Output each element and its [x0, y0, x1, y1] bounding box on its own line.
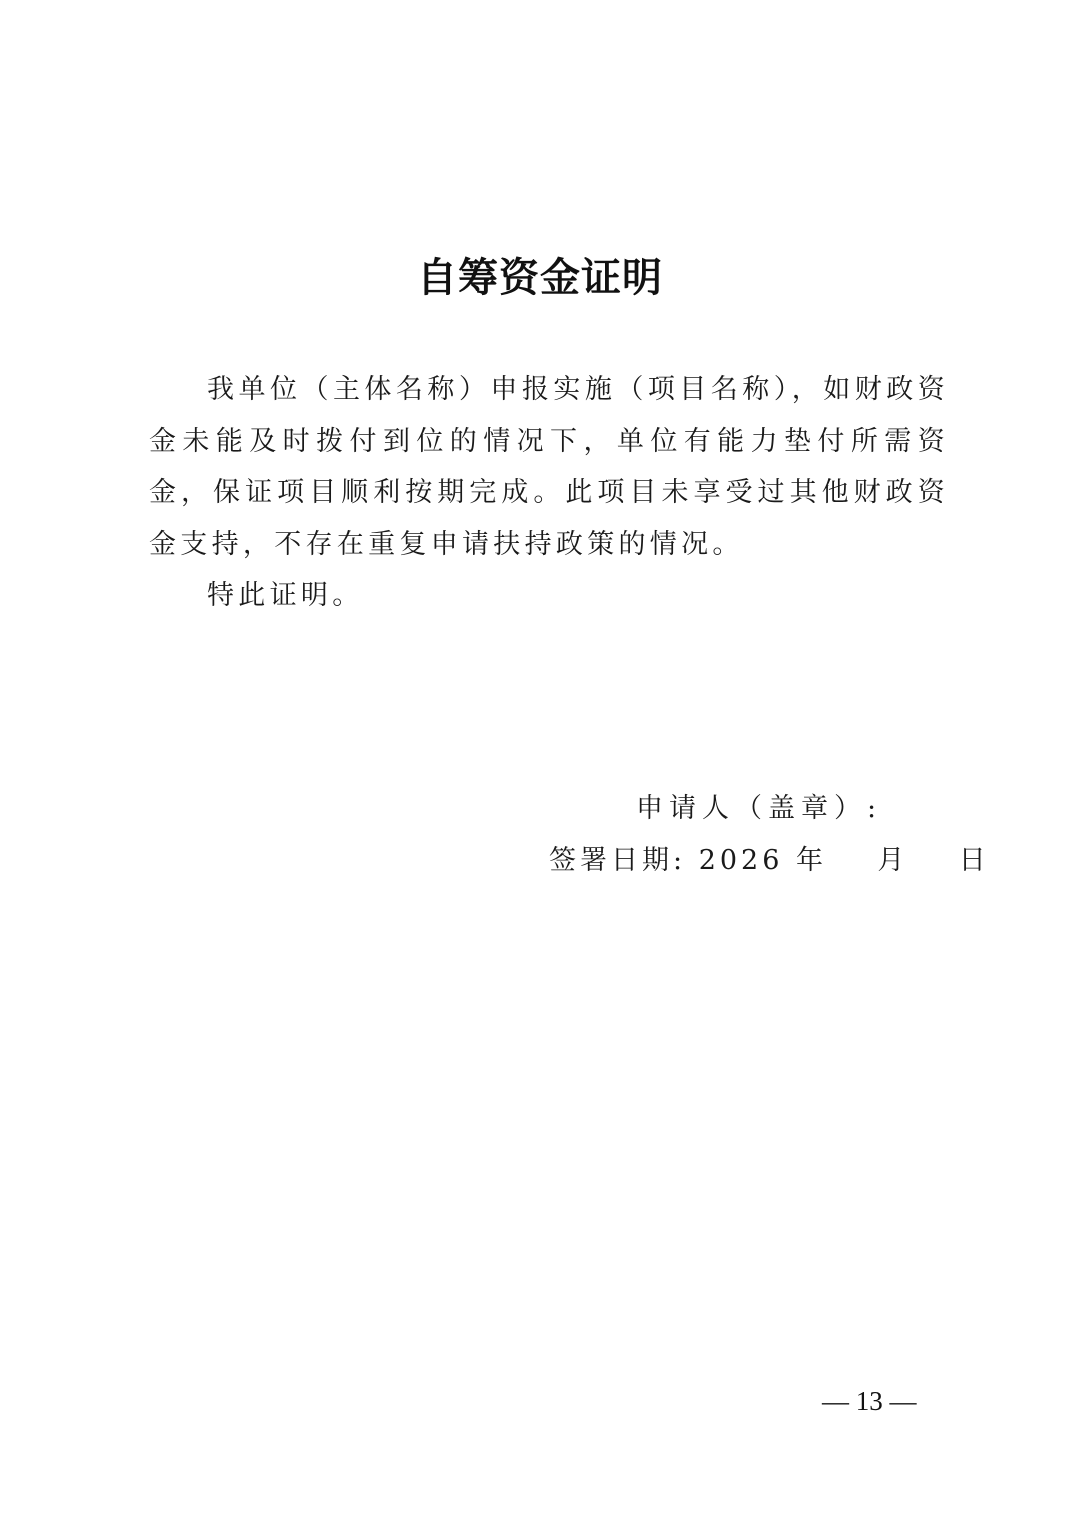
- document-title: 自筹资金证明: [0, 246, 1080, 303]
- date-year: 2026: [699, 845, 784, 876]
- date-label: 签署日期:: [549, 845, 686, 876]
- day-unit: 日: [959, 845, 990, 876]
- month-unit: 月: [877, 845, 908, 876]
- page-number: — 13 —: [822, 1386, 917, 1417]
- year-unit: 年: [796, 845, 827, 876]
- document-page: 自筹资金证明 我单位（主体名称）申报实施（项目名称），如财政资金未能及时拨付到位…: [0, 0, 1080, 1528]
- document-body: 我单位（主体名称）申报实施（项目名称），如财政资金未能及时拨付到位的情况下，单位…: [149, 364, 949, 622]
- signature-date-line: 签署日期: 2026 年 月 日: [549, 838, 990, 877]
- body-paragraph-closing: 特此证明。: [149, 570, 949, 622]
- body-paragraph-statement: 我单位（主体名称）申报实施（项目名称），如财政资金未能及时拨付到位的情况下，单位…: [149, 364, 949, 570]
- applicant-seal-label: 申请人（盖章）:: [636, 786, 882, 825]
